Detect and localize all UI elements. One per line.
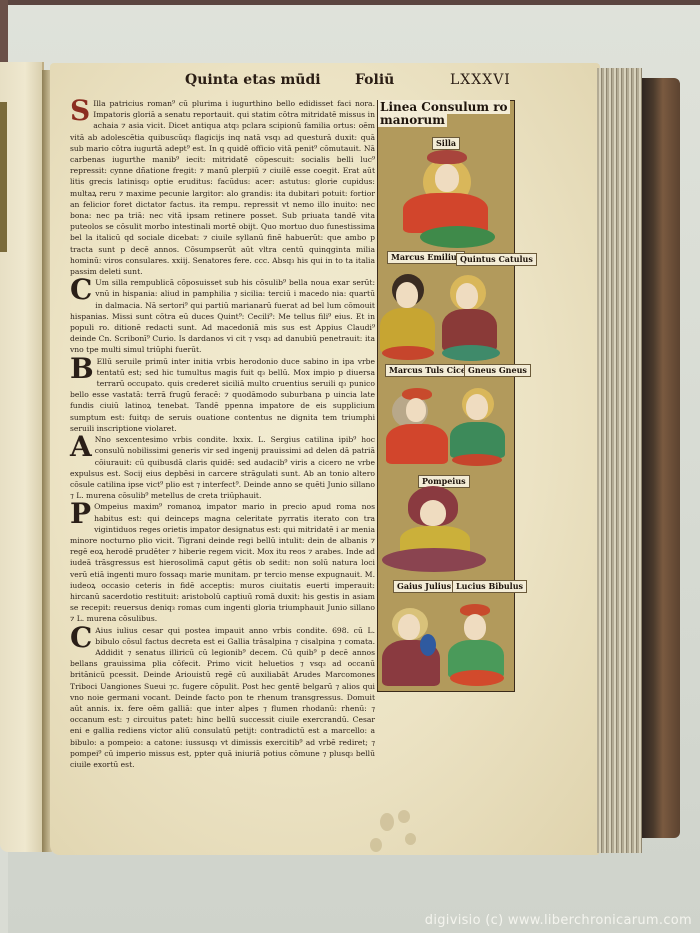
- panel-title-line-1: Linea Consulum ro: [378, 100, 510, 114]
- paragraph-text: Nno sexcentesimo vrbis condite. lxxix. L…: [70, 435, 375, 500]
- figure-label-gaius-julius: Gaius Julius: [393, 580, 455, 593]
- left-page-illustration-edge: [0, 102, 7, 252]
- dropcap: C: [70, 626, 92, 650]
- figure-label-marcus-emilius: Marcus Emilius: [387, 251, 465, 264]
- dropcap: S: [70, 99, 90, 123]
- panel-title-line-2: manorum: [378, 113, 447, 127]
- panel-title: Linea Consulum ro manorum: [378, 101, 514, 127]
- running-title: Quinta etas mūdi: [185, 72, 321, 88]
- label-text: Gaius Julius: [397, 581, 451, 591]
- portrait-quintus-catulus: [436, 275, 501, 365]
- label-text: Quintus Catulus: [460, 254, 533, 264]
- paragraph: SIlla patricius roman⁹ cū plurima i iugu…: [70, 98, 375, 277]
- left-facing-page: [0, 62, 44, 852]
- dropcap: A: [70, 435, 92, 459]
- label-text: Marcus Tuls Cicero: [389, 365, 476, 375]
- paragraph-text: Ellū seruile primū inter initia vrbis he…: [70, 357, 375, 433]
- water-stain: [370, 838, 382, 852]
- folio-number: LXXXVI: [450, 72, 511, 88]
- dropcap: P: [70, 502, 91, 526]
- paragraph-text: Illa patricius roman⁹ cū plurima i iugur…: [70, 99, 375, 276]
- label-text: Gneus Gneus: [468, 365, 527, 375]
- water-stain: [380, 813, 394, 831]
- watermark: digivisio (c) www.liberchronicarum.com: [425, 913, 692, 928]
- paragraph: CAius iulius cesar qui postea impauit an…: [70, 625, 375, 771]
- portrait-silla: [385, 148, 510, 248]
- water-stain: [398, 810, 410, 823]
- left-frame-edge: [0, 0, 8, 70]
- label-text: Marcus Emilius: [391, 252, 461, 262]
- paragraph: BEllū seruile primū inter initia vrbis h…: [70, 356, 375, 434]
- paragraph: CUm silla rempublicā cōposuisset sub his…: [70, 277, 375, 355]
- portrait-pompeius: [382, 486, 492, 576]
- portrait-marcus-emilius: [378, 272, 438, 362]
- portrait-gneus: [446, 386, 506, 471]
- paragraph: ANno sexcentesimo vrbis condite. lxxix. …: [70, 434, 375, 501]
- main-text-column: SIlla patricius roman⁹ cū plurima i iugu…: [70, 98, 375, 770]
- label-text: Lucius Bibulus: [456, 581, 523, 591]
- figure-label-quintus-catulus: Quintus Catulus: [456, 253, 537, 266]
- water-stain: [405, 833, 416, 845]
- dropcap: B: [70, 357, 94, 381]
- paragraph-text: Aius iulius cesar qui postea impauit ann…: [70, 626, 375, 769]
- dropcap: C: [70, 278, 92, 302]
- running-header: Quinta etas mūdi Foliū LXXXVI: [185, 72, 515, 92]
- figure-label-lucius-bibulus: Lucius Bibulus: [452, 580, 527, 593]
- paragraph-text: Um silla rempublicā cōposuisset sub his …: [70, 278, 375, 354]
- portrait-gaius-julius: [380, 606, 445, 688]
- label-text: Pompeius: [422, 476, 466, 486]
- paragraph-text: Ompeius maxim⁹ romanoꝝ impator mario in …: [70, 502, 375, 623]
- paragraph: POmpeius maxim⁹ romanoꝝ impator mario in…: [70, 501, 375, 624]
- leather-cover: [642, 78, 680, 838]
- page-block-edges: [597, 68, 642, 853]
- folio-label: Foliū: [355, 72, 394, 88]
- portrait-marcus-cicero: [380, 386, 450, 471]
- figure-label-gneus: Gneus Gneus: [464, 364, 531, 377]
- portrait-lucius-bibulus: [442, 604, 507, 688]
